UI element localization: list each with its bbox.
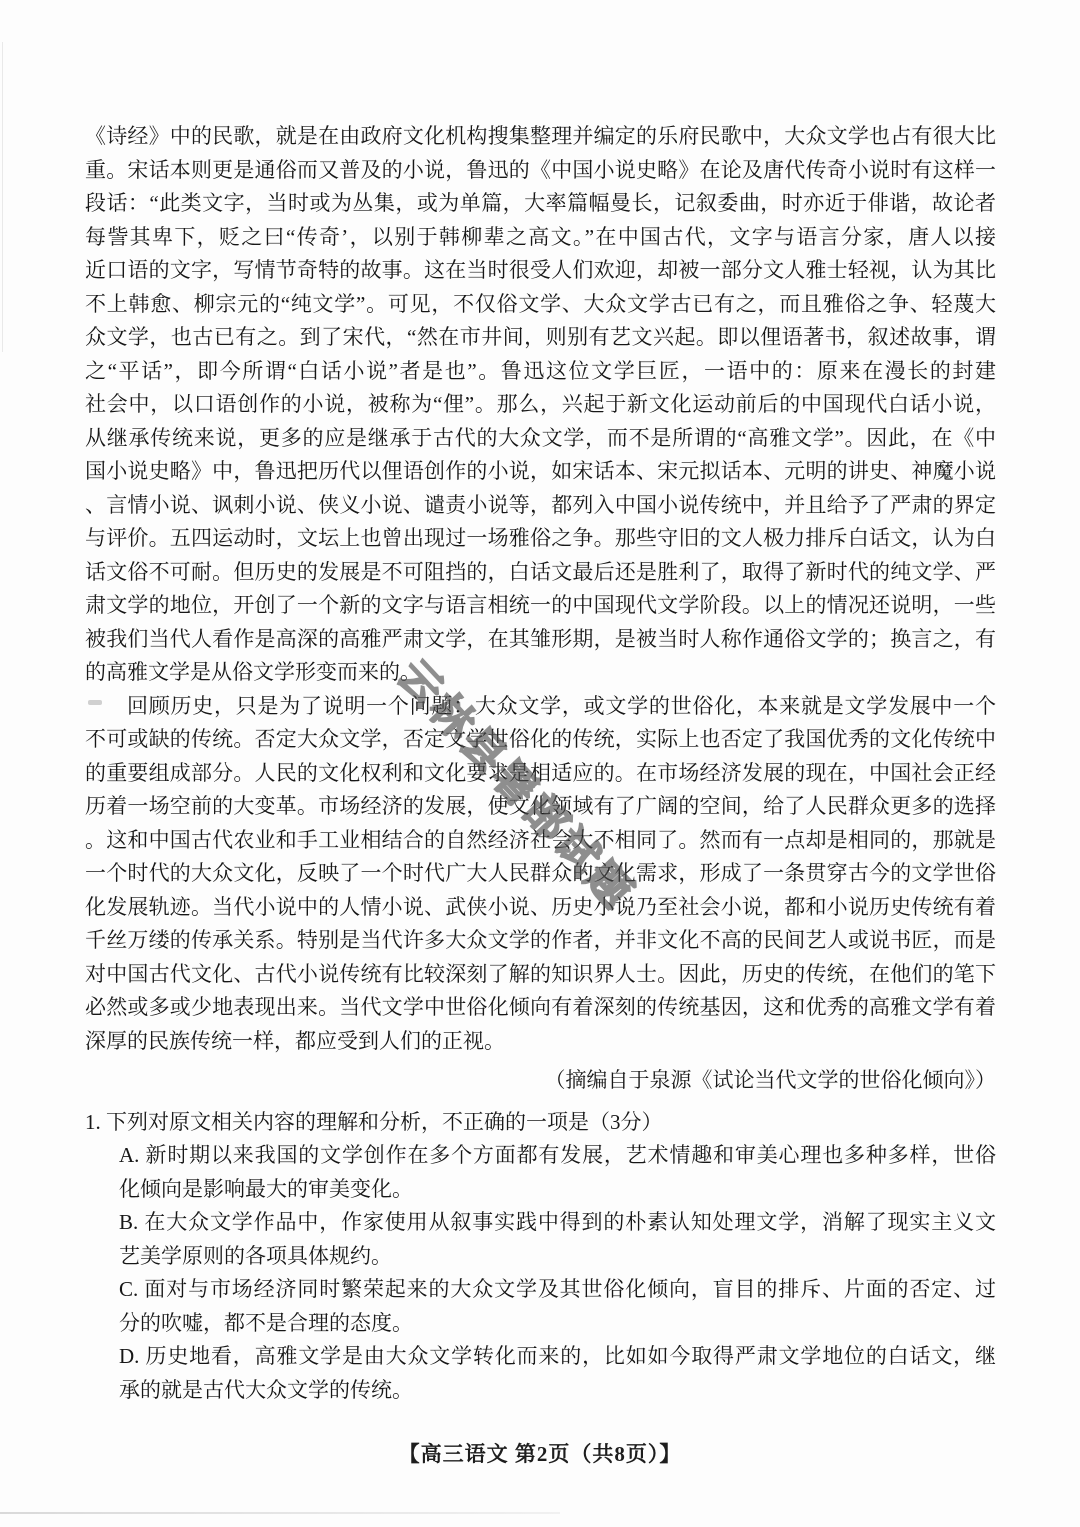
- reading-passage: 《诗经》中的民歌，就是在由政府文化机构搜集整理并编定的乐府民歌中，大众文学也占有…: [85, 120, 996, 1098]
- text-line: 众文学，也古已有之。到了宋代，“然在市井间，则别有艺文兴起。即以俚语著书，叙述故…: [85, 321, 996, 355]
- text-line: 千丝万缕的传承关系。特别是当代许多大众文学的作者，并非文化不高的民间艺人或说书匠…: [85, 924, 996, 958]
- text-line: 的重要组成部分。人民的文化权利和文化要求是相适应的。在市场经济发展的现在，中国社…: [85, 757, 996, 791]
- question-option-c: C. 面对与市场经济同时繁荣起来的大众文学及其世俗化倾向，盲目的排斥、片面的否定…: [119, 1273, 996, 1340]
- text-line: 承的就是古代大众文学的传统。: [119, 1374, 996, 1408]
- text-line: 与评价。五四运动时，文坛上也曾出现过一场雅俗之争。那些守旧的文人极力排斥白话文，…: [85, 522, 996, 556]
- text-line: 深厚的民族传统一样，都应受到人们的正视。: [85, 1025, 996, 1059]
- passage-paragraph-1: 《诗经》中的民歌，就是在由政府文化机构搜集整理并编定的乐府民歌中，大众文学也占有…: [85, 120, 996, 690]
- text-line: 一个时代的大众文化，反映了一个时代广大人民群众的文化需求，形成了一条贯穿古今的文…: [85, 857, 996, 891]
- page-footer: 【高三语文 第2页（共8页）】: [0, 1438, 1080, 1468]
- text-line: 化倾向是影响最大的审美变化。: [119, 1173, 996, 1207]
- question-option-b: B. 在大众文学作品中，作家使用从叙事实践中得到的朴素认知处理文学，消解了现实主…: [119, 1206, 996, 1273]
- text-line: 必然或多或少地表现出来。当代文学中世俗化倾向有着深刻的传统基因，这和优秀的高雅文…: [85, 991, 996, 1025]
- text-line: 从继承传统来说，更多的应是继承于古代的大众文学，而不是所谓的“高雅文学”。因此，…: [85, 422, 996, 456]
- text-line: 社会中，以口语创作的小说，被称为“俚”。那么，兴起于新文化运动前后的中国现代白话…: [85, 388, 996, 422]
- text-line: B. 在大众文学作品中，作家使用从叙事实践中得到的朴素认知处理文学，消解了现实主…: [119, 1206, 996, 1240]
- text-line: 《诗经》中的民歌，就是在由政府文化机构搜集整理并编定的乐府民歌中，大众文学也占有…: [85, 120, 996, 154]
- text-line: 历着一场空前的大变革。市场经济的发展，使文化领域有了广阔的空间，给了人民群众更多…: [85, 790, 996, 824]
- exam-paper-page: 云林县署部试题 《诗经》中的民歌，就是在由政府文化机构搜集整理并编定的乐府民歌中…: [0, 0, 1080, 1527]
- text-line: 不上韩愈、柳宗元的“纯文学”。可见，不仅俗文学、大众文学古已有之，而且雅俗之争、…: [85, 288, 996, 322]
- text-line: D. 历史地看，高雅文学是由大众文学转化而来的，比如如今取得严肃文学地位的白话文…: [119, 1340, 996, 1374]
- text-line: 之“平话”，即今所谓“白话小说”者是也”。鲁迅这位文学巨匠，一语中的：原来在漫长…: [85, 355, 996, 389]
- question-option-a: A. 新时期以来我国的文学创作在多个方面都有发展，艺术情趣和审美心理也多种多样，…: [119, 1139, 996, 1206]
- text-line: 每訾其卑下，贬之曰“传奇’，以别于韩柳辈之高文。”在中国古代，文字与语言分家，唐…: [85, 221, 996, 255]
- scan-edge-artifact: [2, 42, 3, 352]
- text-line: 话文俗不可耐。但历史的发展是不可阻挡的，白话文最后还是胜利了，取得了新时代的纯文…: [85, 556, 996, 590]
- text-line: 肃文学的地位，开创了一个新的文字与语言相统一的中国现代文学阶段。以上的情况还说明…: [85, 589, 996, 623]
- question-1-stem: 1. 下列对原文相关内容的理解和分析，不正确的一项是（3分）: [85, 1106, 996, 1140]
- text-line: 对中国古代文化、古代小说传统有比较深刻了解的知识界人士。因此，历史的传统，在他们…: [85, 958, 996, 992]
- text-line: 化发展轨迹。当代小说中的人情小说、武侠小说、历史小说乃至社会小说，都和小说历史传…: [85, 891, 996, 925]
- passage-attribution: （摘编自于泉源《试论当代文学的世俗化倾向》）: [85, 1064, 996, 1098]
- passage-paragraph-2: 回顾历史，只是为了说明一个问题：大众文学，或文学的世俗化，本来就是文学发展中一个…: [85, 690, 996, 1059]
- text-line: 国小说史略》中，鲁迅把历代以俚语创作的小说，如宋话本、宋元拟话本、元明的讲史、神…: [85, 455, 996, 489]
- text-line: 被我们当代人看作是高深的高雅严肃文学，在其雏形期，是被当时人称作通俗文学的；换言…: [85, 623, 996, 657]
- page-text-block: 《诗经》中的民歌，就是在由政府文化机构搜集整理并编定的乐府民歌中，大众文学也占有…: [85, 120, 996, 1407]
- question-1-options: A. 新时期以来我国的文学创作在多个方面都有发展，艺术情趣和审美心理也多种多样，…: [119, 1139, 996, 1407]
- text-line: 不可或缺的传统。否定大众文学，否定文学世俗化的传统，实际上也否定了我国优秀的文化…: [85, 723, 996, 757]
- text-line: 回顾历史，只是为了说明一个问题：大众文学，或文学的世俗化，本来就是文学发展中一个: [85, 690, 996, 724]
- question-option-d: D. 历史地看，高雅文学是由大众文学转化而来的，比如如今取得严肃文学地位的白话文…: [119, 1340, 996, 1407]
- scan-edge-artifact: [0, 1512, 560, 1514]
- text-line: 分的吹嘘，都不是合理的态度。: [119, 1307, 996, 1341]
- text-line: 重。宋话本则更是通俗而又普及的小说，鲁迅的《中国小说史略》在论及唐代传奇小说时有…: [85, 154, 996, 188]
- text-line: 。这和中国古代农业和手工业相结合的自然经济社会大不相同了。然而有一点却是相同的，…: [85, 824, 996, 858]
- text-line: C. 面对与市场经济同时繁荣起来的大众文学及其世俗化倾向，盲目的排斥、片面的否定…: [119, 1273, 996, 1307]
- text-line: 、言情小说、讽刺小说、侠义小说、谴责小说等，都列入中国小说传统中，并且给予了严肃…: [85, 489, 996, 523]
- text-line: 的高雅文学是从俗文学形变而来的。: [85, 656, 996, 690]
- question-1: 1. 下列对原文相关内容的理解和分析，不正确的一项是（3分） A. 新时期以来我…: [85, 1106, 996, 1408]
- text-line: 艺美学原则的各项具体规约。: [119, 1240, 996, 1274]
- text-line: A. 新时期以来我国的文学创作在多个方面都有发展，艺术情趣和审美心理也多种多样，…: [119, 1139, 996, 1173]
- text-line: 段话：“此类文字，当时或为丛集，或为单篇，大率篇幅曼长，记叙委曲，时亦近于俳谐，…: [85, 187, 996, 221]
- text-line: 近口语的文字，写情节奇特的故事。这在当时很受人们欢迎，却被一部分文人雅士轻视，认…: [85, 254, 996, 288]
